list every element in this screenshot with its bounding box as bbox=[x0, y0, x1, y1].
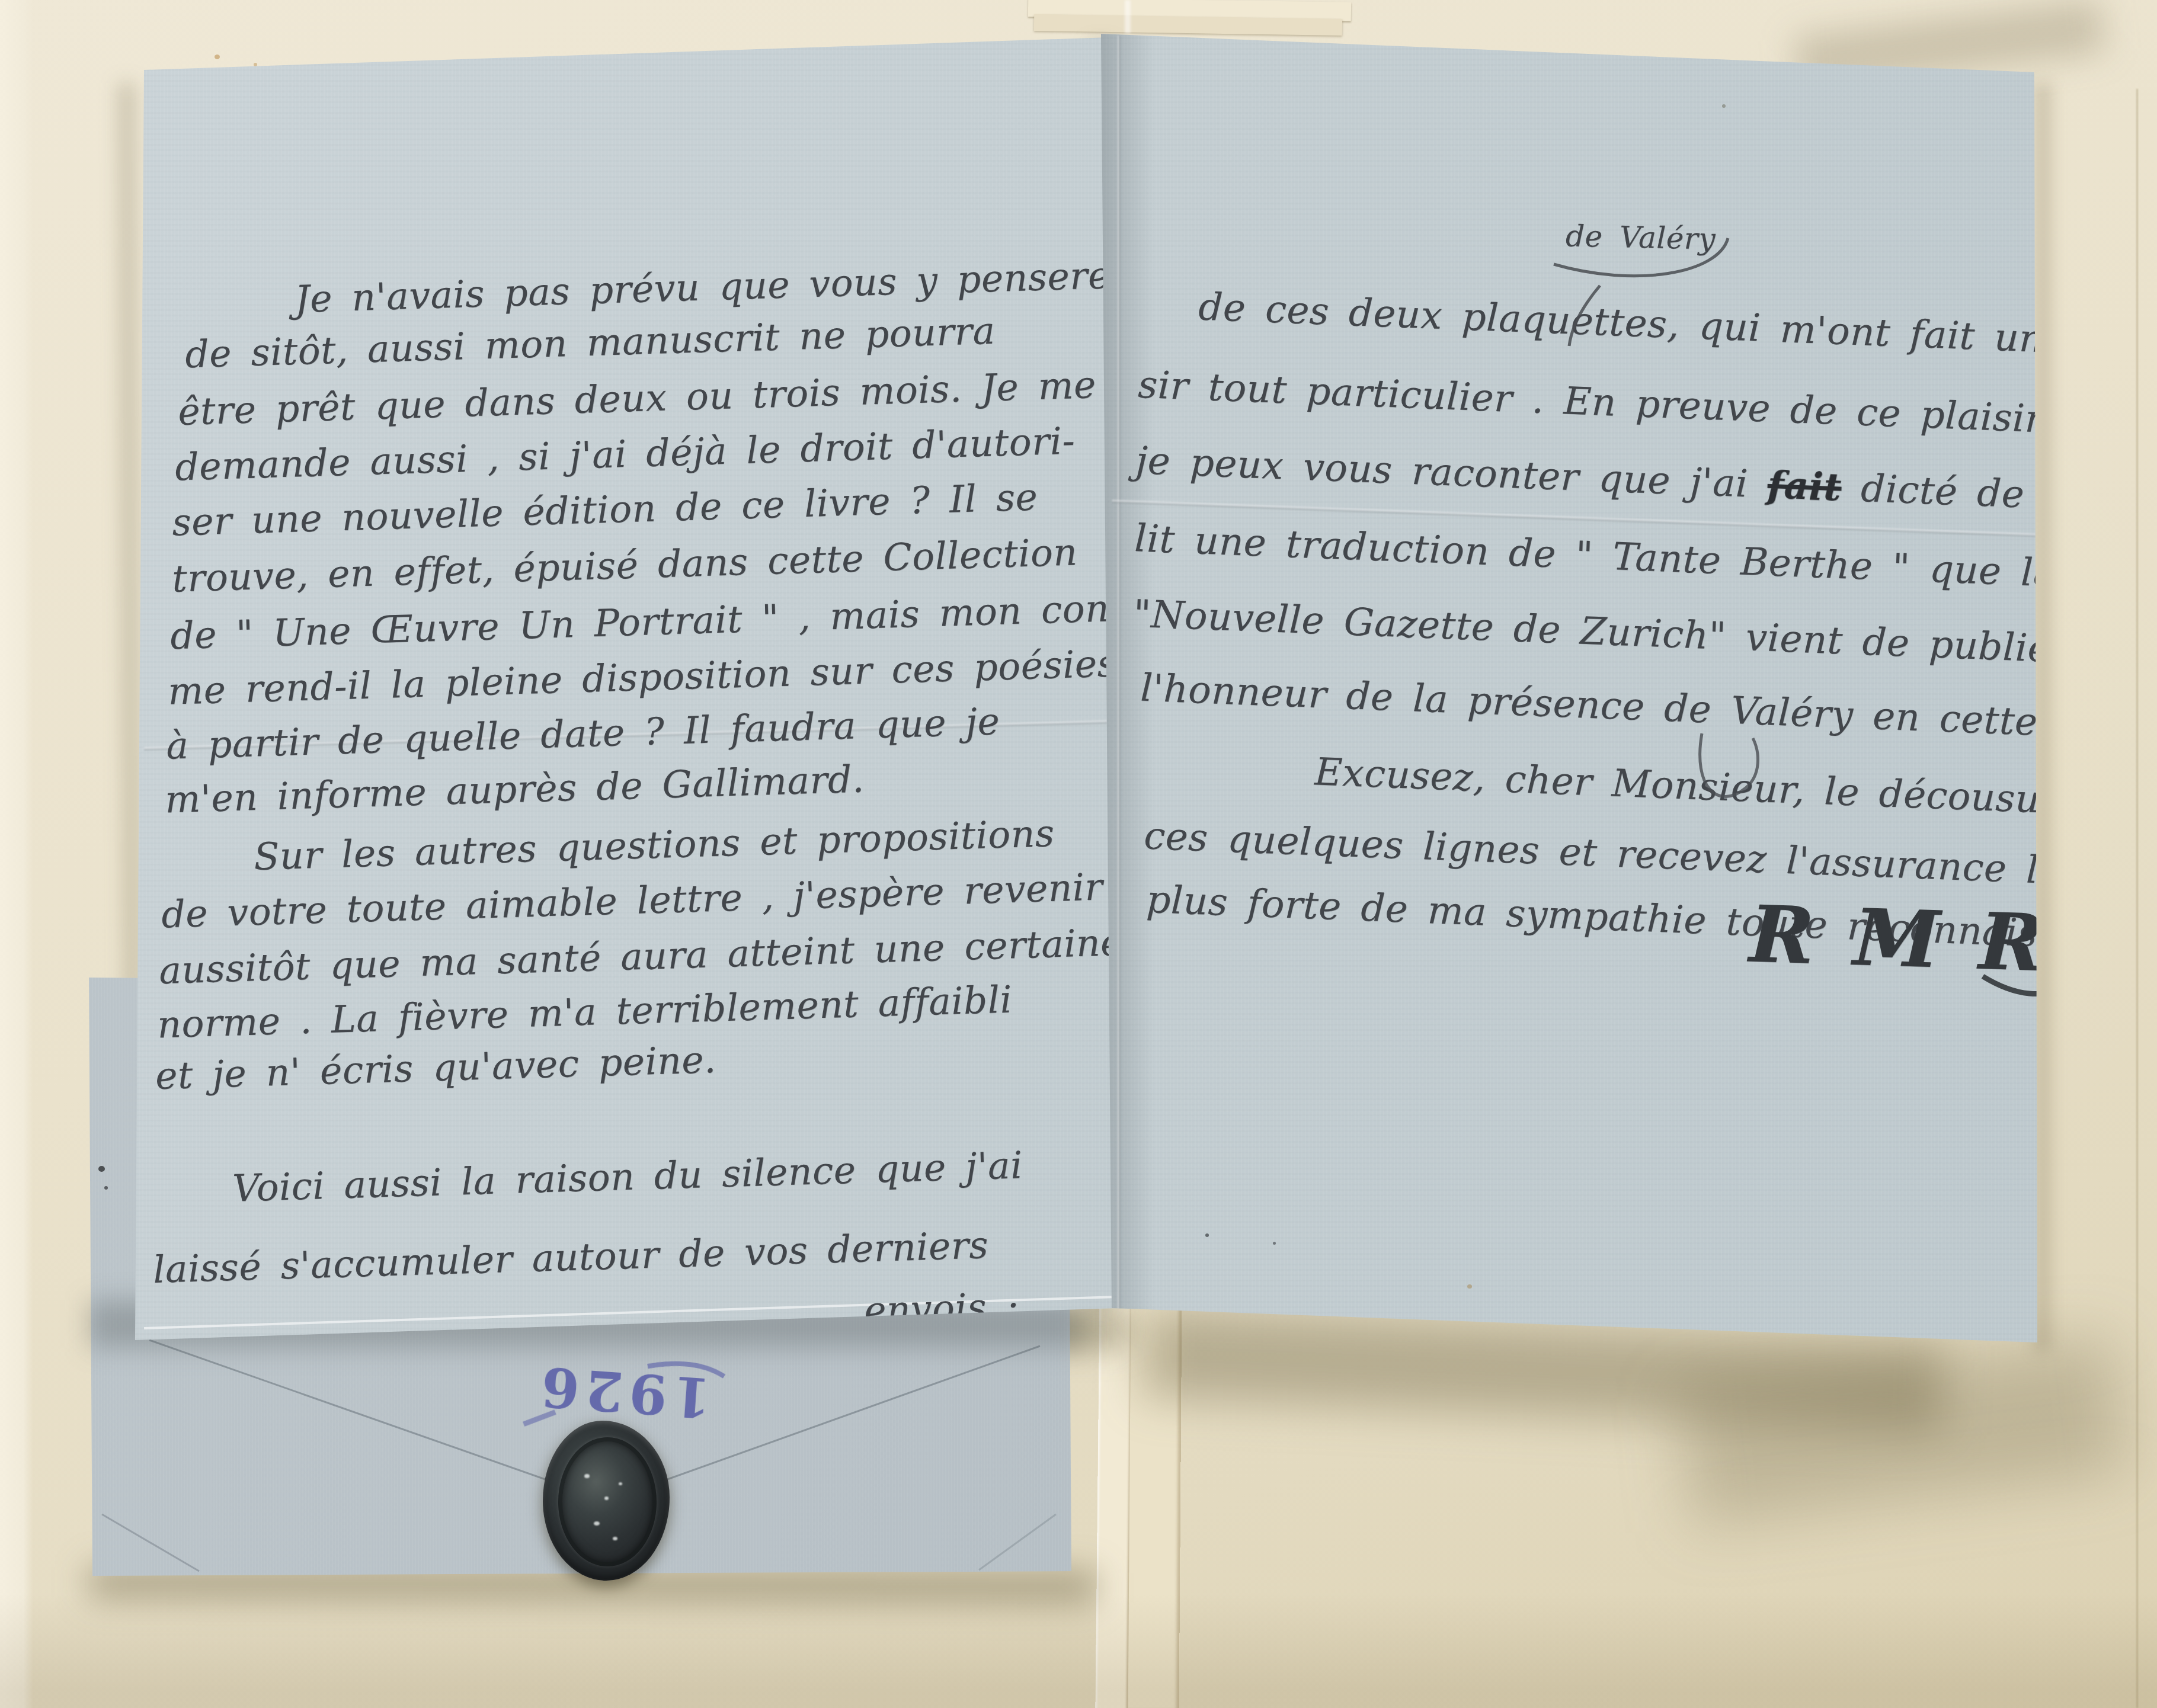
wax-seal bbox=[543, 1421, 670, 1581]
letter-line: ces quelques lignes et recevez l'assuran… bbox=[1143, 814, 2062, 893]
seal-glint bbox=[613, 1537, 617, 1540]
seal-glint bbox=[619, 1482, 622, 1485]
photo-left-edge bbox=[0, 0, 33, 1708]
paper-speck bbox=[1722, 104, 1726, 108]
book-page-edge bbox=[2136, 89, 2138, 1708]
letter-line: Sur les autres questions et propositions bbox=[253, 812, 1055, 879]
insertion-note: de Valéry bbox=[1565, 219, 1716, 256]
letter-line: et je n' écris qu'avec peine. bbox=[155, 1038, 716, 1098]
letter-line: Je n'avais pas prévu que vous y penserez bbox=[294, 253, 1131, 321]
letter-line: l'honneur de la présence de Valéry en ce… bbox=[1140, 666, 2157, 750]
foxing-speck bbox=[215, 55, 220, 59]
letter-line: "Nouvelle Gazette de Zurich" vient de pu… bbox=[1132, 592, 2136, 675]
ink-speck bbox=[98, 1166, 105, 1172]
spine-crease-right-page bbox=[1118, 36, 1121, 1309]
ink-speck bbox=[104, 1186, 108, 1190]
letter-line: sir tout particulier . En preuve de ce p… bbox=[1137, 363, 2044, 442]
letter-line: à partir de quelle date ? Il faudra que … bbox=[165, 700, 1000, 768]
backing-fold-highlight bbox=[1125, 0, 1131, 33]
seal-glint bbox=[584, 1474, 590, 1478]
letter-line: de ces deux plaquettes, qui m'ont fait u… bbox=[1198, 285, 2149, 366]
seal-glint bbox=[604, 1496, 609, 1500]
letter-line: laissé s'accumuler autour de vos dernier… bbox=[152, 1223, 989, 1292]
seal-glint bbox=[594, 1521, 600, 1526]
wax-seal-rim bbox=[558, 1437, 657, 1566]
letter-line: ser une nouvelle édition de ce livre ? I… bbox=[171, 475, 1038, 544]
ink-speck bbox=[1205, 1233, 1209, 1237]
paper-speck bbox=[1467, 1284, 1472, 1289]
letter-line: Excusez, cher Monsieur, le décousu de bbox=[1314, 750, 2108, 824]
foxing-speck bbox=[254, 63, 257, 66]
struck-word: fait bbox=[1766, 463, 1842, 510]
letter-line: m'en informe auprès de Gallimard. bbox=[164, 758, 865, 822]
letter-line: trouve, en effet, épuisé dans cette Coll… bbox=[171, 530, 1078, 600]
bottom-shadow-vignette bbox=[0, 1594, 2157, 1708]
letter-line: Voici aussi la raison du silence que j'a… bbox=[232, 1143, 1023, 1210]
letter-line: lit une traduction de " Tante Berthe " q… bbox=[1134, 517, 2057, 596]
ink-speck bbox=[1273, 1242, 1276, 1245]
line3-pre: je peux vous raconter que j'ai bbox=[1135, 439, 1768, 507]
